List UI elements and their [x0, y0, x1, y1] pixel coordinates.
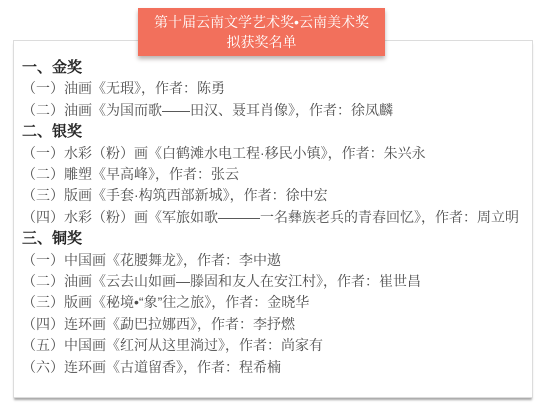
award-announcement-page: 第十届云南文学艺术奖•云南美术奖 拟获奖名单 一、金奖 （一）油画《无瑕》，作者… — [0, 0, 546, 412]
list-item-bronze-5: （五）中国画《红河从这里淌过》，作者：尚家有 — [22, 335, 524, 356]
list-item-silver-1: （一）水彩（粉）画《白鹤滩水电工程·移民小镇》，作者：朱兴永 — [22, 143, 524, 164]
banner-title-line1: 第十届云南文学艺术奖•云南美术奖 — [138, 12, 385, 32]
list-item-bronze-4: （四）连环画《勐巴拉娜西》，作者：李抒燃 — [22, 314, 524, 335]
list-item-gold-2: （二）油画《为国而歌——田汉、聂耳肖像》，作者：徐凤麟 — [22, 100, 524, 121]
list-item-bronze-3: （三）版画《秘境•“象”往之旅》，作者：金晓华 — [22, 292, 524, 313]
list-item-gold-1: （一）油画《无瑕》，作者：陈勇 — [22, 78, 524, 99]
list-item-silver-3: （三）版画《手套·构筑西部新城》，作者：徐中宏 — [22, 185, 524, 206]
award-banner: 第十届云南文学艺术奖•云南美术奖 拟获奖名单 — [138, 8, 385, 56]
award-list-box: 一、金奖 （一）油画《无瑕》，作者：陈勇 （二）油画《为国而歌——田汉、聂耳肖像… — [13, 40, 533, 398]
banner-title-line2: 拟获奖名单 — [138, 32, 385, 52]
section-title-silver: 二、银奖 — [22, 121, 524, 142]
section-title-gold: 一、金奖 — [22, 57, 524, 78]
list-item-bronze-6: （六）连环画《古道留香》，作者：程希楠 — [22, 357, 524, 378]
list-item-silver-2: （二）雕塑《早高峰》，作者：张云 — [22, 164, 524, 185]
list-item-bronze-1: （一）中国画《花腰舞龙》，作者：李中遨 — [22, 250, 524, 271]
list-item-bronze-2: （二）油画《云去山如画—滕固和友人在安江村》，作者：崔世昌 — [22, 271, 524, 292]
list-item-silver-4: （四）水彩（粉）画《军旅如歌———一名彝族老兵的青春回忆》，作者：周立明 — [22, 207, 524, 228]
section-title-bronze: 三、铜奖 — [22, 228, 524, 249]
